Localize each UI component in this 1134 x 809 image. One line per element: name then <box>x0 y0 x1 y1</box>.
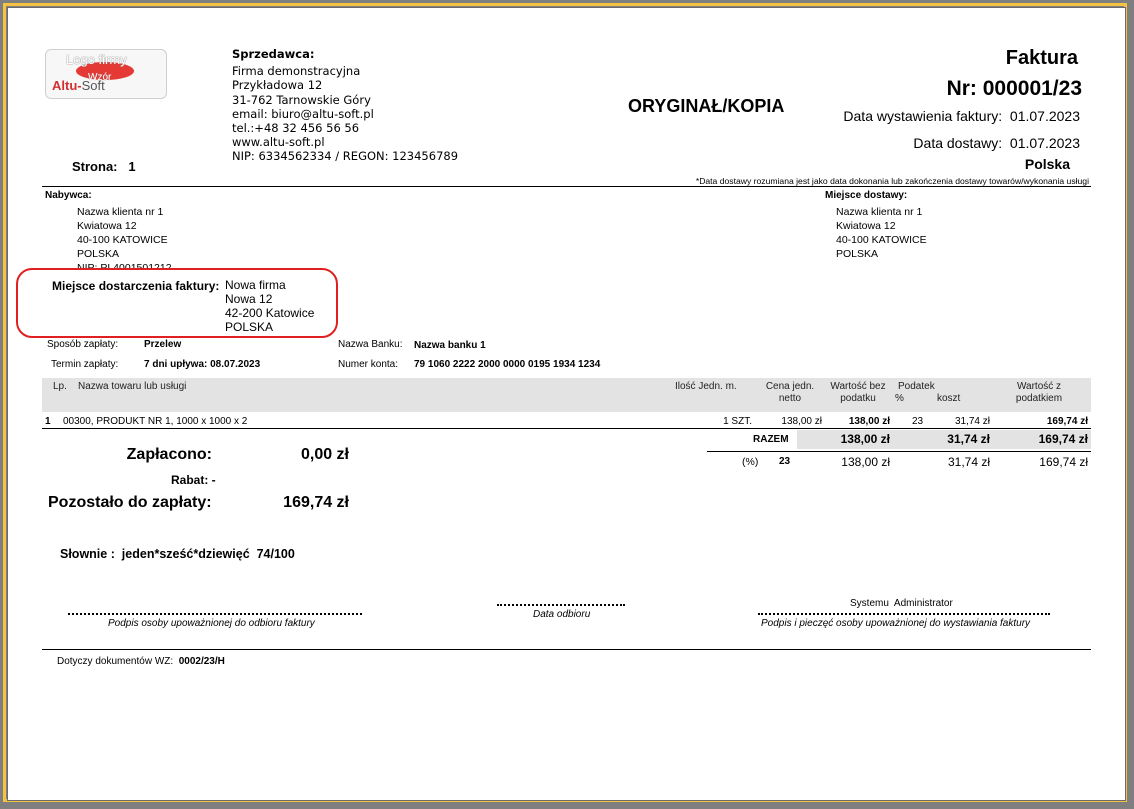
buyer-header: Nabywca: <box>45 190 92 201</box>
seller-city: 31-762 Tarnowskie Góry <box>232 93 458 107</box>
col-gross-value: Wartość zpodatkiem <box>1010 381 1068 405</box>
col-tax-pct: % <box>895 393 904 404</box>
delivery-date-footnote: *Data dostawy rozumiana jest jako data d… <box>696 176 1089 186</box>
header-divider <box>42 186 1091 187</box>
invoice-title: Faktura <box>1006 47 1078 70</box>
invoice-delivery-country: POLSKA <box>225 320 314 334</box>
seller-name: Firma demonstracyjna <box>232 64 458 78</box>
paid-amount: 0,00 zł <box>301 446 349 464</box>
row-tax-amount: 31,74 zł <box>955 416 990 427</box>
rate-label: (%) <box>742 456 758 468</box>
invoice-delivery-address: Nowa firma Nowa 12 42-200 Katowice POLSK… <box>225 278 314 334</box>
related-docs-value: 0002/23/H <box>179 656 225 667</box>
paid-label: Zapłacono: <box>127 446 212 464</box>
payment-method: Przelew <box>144 339 181 350</box>
col-unit-price: Cena jedn.netto <box>762 381 818 405</box>
buyer-name: Nazwa klienta nr 1 <box>77 205 172 219</box>
company-logo: Logo firmy Wzór Altu-Soft <box>45 49 167 99</box>
row-qty-unit: 1 SZT. <box>723 416 752 427</box>
account-number: 79 1060 2222 2000 0000 0195 1934 1234 <box>414 359 600 370</box>
totals-divider <box>707 451 1091 452</box>
delivery-street: Kwiatowa 12 <box>836 219 927 233</box>
page-number: 1 <box>128 159 135 174</box>
invoice-delivery-city: 42-200 Katowice <box>225 306 314 320</box>
issue-date-label: Data wystawienia faktury: <box>843 108 1002 124</box>
buyer-street: Kwiatowa 12 <box>77 219 172 233</box>
delivery-city: 40-100 KATOWICE <box>836 233 927 247</box>
buyer-city: 40-100 KATOWICE <box>77 233 172 247</box>
total-gross-value: 169,74 zł <box>1039 432 1088 446</box>
rate-value: 23 <box>779 456 790 467</box>
col-name: Nazwa towaru lub usługi <box>78 381 186 392</box>
seller-header: Sprzedawca: <box>232 47 458 61</box>
related-docs-label: Dotyczy dokumentów WZ: <box>57 656 173 667</box>
row-tax-pct: 23 <box>912 416 923 427</box>
seller-block: Sprzedawca: Firma demonstracyjna Przykła… <box>232 47 458 164</box>
footer-divider <box>42 649 1091 650</box>
delivery-date: 01.07.2023 <box>1010 135 1080 151</box>
bank-name-label: Nazwa Banku: <box>338 339 402 350</box>
rate-tax-amount: 31,74 zł <box>948 455 990 469</box>
amount-in-words: Słownie : jeden*sześć*dziewięć 74/100 <box>60 547 295 561</box>
bank-name: Nazwa banku 1 <box>414 340 486 351</box>
payment-term: 7 dni upływa: 08.07.2023 <box>144 359 260 370</box>
seller-website: www.altu-soft.pl <box>232 135 458 149</box>
row-gross-value: 169,74 zł <box>1047 416 1088 427</box>
seller-phone: tel.:+48 32 456 56 56 <box>232 121 458 135</box>
row-lp: 1 <box>45 416 51 427</box>
payment-method-label: Sposób zapłaty: <box>47 339 118 350</box>
account-number-label: Numer konta: <box>338 359 398 370</box>
remaining-amount: 169,74 zł <box>283 494 349 512</box>
delivery-place-header: Miejsce dostawy: <box>825 190 907 201</box>
page-label: Strona: 1 <box>72 159 136 174</box>
delivery-place-address: Nazwa klienta nr 1 Kwiatowa 12 40-100 KA… <box>836 205 927 261</box>
invoice-delivery-label: Miejsce dostarczenia faktury: <box>52 279 219 293</box>
issuer-name: Systemu Administrator <box>850 598 953 609</box>
receipt-date-line <box>497 604 625 606</box>
seller-street: Przykładowa 12 <box>232 78 458 92</box>
copy-label: ORYGINAŁ/KOPIA <box>628 96 784 117</box>
col-tax-amount: koszt <box>937 393 960 404</box>
receiver-signature-caption: Podpis osoby upoważnionej do odbioru fak… <box>108 618 315 629</box>
logo-brand-gray: Soft <box>82 78 105 93</box>
seller-tax-ids: NIP: 6334562334 / REGON: 123456789 <box>232 149 458 163</box>
issuer-signature-line <box>758 613 1050 615</box>
logo-brand: Altu-Soft <box>52 78 105 93</box>
payment-term-label: Termin zapłaty: <box>51 359 118 370</box>
logo-brand-red: Altu- <box>52 78 82 93</box>
total-net-value: 138,00 zł <box>841 432 890 446</box>
col-tax: Podatek <box>898 381 935 392</box>
related-docs: Dotyczy dokumentów WZ: 0002/23/H <box>57 656 225 667</box>
invoice-country: Polska <box>1025 156 1070 172</box>
rate-gross-value: 169,74 zł <box>1039 455 1088 469</box>
rate-net-value: 138,00 zł <box>841 455 890 469</box>
issue-date: 01.07.2023 <box>1010 108 1080 124</box>
receiver-signature-line <box>68 613 362 615</box>
col-qty-unit: Ilość Jedn. m. <box>675 381 737 392</box>
discount: Rabat: - <box>171 473 216 487</box>
invoice-delivery-street: Nowa 12 <box>225 292 314 306</box>
delivery-date-row: Data dostawy: 01.07.2023 <box>913 135 1080 151</box>
delivery-date-label: Data dostawy: <box>913 135 1002 151</box>
issue-date-row: Data wystawienia faktury: 01.07.2023 <box>843 108 1080 124</box>
delivery-name: Nazwa klienta nr 1 <box>836 205 927 219</box>
delivery-country: POLSKA <box>836 247 927 261</box>
col-net-value: Wartość bezpodatku <box>826 381 890 405</box>
seller-email: email: biuro@altu-soft.pl <box>232 107 458 121</box>
buyer-country: POLSKA <box>77 247 172 261</box>
remaining-label: Pozostało do zapłaty: <box>48 494 212 512</box>
row-unit-price: 138,00 zł <box>781 416 822 427</box>
total-tax-amount: 31,74 zł <box>947 432 990 446</box>
invoice-delivery-name: Nowa firma <box>225 278 314 292</box>
invoice-number: Nr: 000001/23 <box>947 77 1082 101</box>
row-net-value: 138,00 zł <box>849 416 890 427</box>
row-divider <box>42 428 1091 429</box>
col-lp: Lp. <box>53 381 67 392</box>
row-name: 00300, PRODUKT NR 1, 1000 x 1000 x 2 <box>63 416 247 427</box>
receipt-date-caption: Data odbioru <box>533 609 590 620</box>
issuer-signature-caption: Podpis i pieczęć osoby upoważnionej do w… <box>761 618 1030 629</box>
buyer-address: Nazwa klienta nr 1 Kwiatowa 12 40-100 KA… <box>77 205 172 270</box>
logo-placeholder-text: Logo firmy <box>66 52 127 67</box>
total-label: RAZEM <box>753 434 789 445</box>
